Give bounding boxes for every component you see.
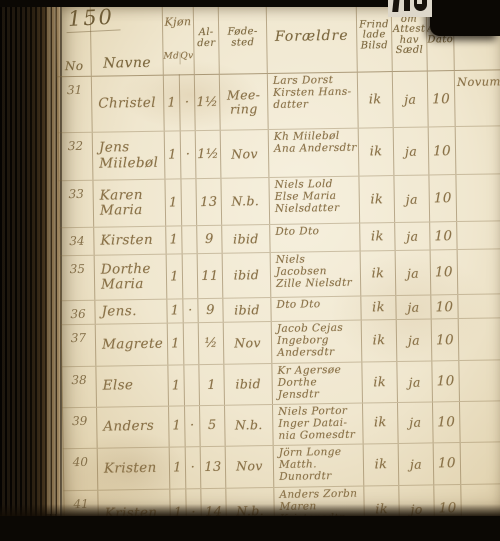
- cell-parents: Jörn Longe Matth. Dunordtr: [273, 444, 364, 487]
- cell-row-number: 35: [60, 255, 95, 301]
- cell-sex-female: ·: [185, 446, 201, 488]
- cell-attest-date: 10: [431, 319, 459, 361]
- cell-row-number: 37: [61, 324, 96, 367]
- cell-birthplace: Mee- ring: [219, 74, 268, 131]
- col-header-sex-female: Qv: [179, 52, 193, 64]
- cell-birthplace: ibid: [223, 298, 271, 323]
- cell-birthplace: N.b.: [221, 178, 270, 226]
- table-row: 40Kristen1·13NovJörn Longe Matth. Dunord…: [63, 441, 500, 490]
- cell-attest-date: 10: [433, 442, 461, 484]
- cell-sex-female: [181, 179, 197, 226]
- cell-had-pox: ik: [359, 176, 395, 224]
- cell-name: Karen Maria: [93, 179, 166, 227]
- table-row: 35Dorthe Maria111ibidNiels Jacobsen Zill…: [60, 249, 500, 301]
- cell-attest-given: ja: [397, 402, 433, 443]
- cell-sex-female: [182, 226, 197, 254]
- cell-birthplace: Nov: [220, 130, 269, 179]
- cell-attest-given: ja: [392, 71, 428, 128]
- cell-had-pox: ik: [360, 223, 395, 252]
- cell-remark: [458, 294, 500, 319]
- cell-row-number: 32: [58, 132, 93, 181]
- cell-name: Kirsten: [94, 226, 166, 255]
- cell-attest-given: ja: [396, 295, 431, 320]
- col-header-had-pox: Frind lade Bilsd: [356, 0, 392, 72]
- cell-remark: Novumber: [454, 70, 500, 127]
- cell-sex-male: 1: [168, 365, 185, 406]
- cell-age: 5: [200, 405, 226, 446]
- cell-row-number: 39: [63, 407, 98, 448]
- cell-parents: Kh Miilebøl Ana Andersdtr: [268, 128, 359, 177]
- cell-had-pox: ik: [361, 320, 397, 363]
- cell-birthplace: Nov: [223, 322, 272, 365]
- cell-remark: [458, 318, 500, 361]
- cell-sex-male: 1: [167, 323, 184, 365]
- cell-age: 13: [200, 446, 226, 488]
- cell-had-pox: ik: [363, 443, 399, 486]
- cell-row-number: 36: [61, 300, 95, 325]
- cell-attest-date: 10: [427, 71, 455, 127]
- cell-age: 9: [197, 225, 222, 253]
- col-header-birthplace: Føde- sted: [218, 2, 267, 75]
- cell-attest-date: 10: [430, 250, 458, 295]
- cell-row-number: 33: [59, 180, 94, 228]
- cell-parents: Dto Dto: [270, 223, 360, 252]
- cell-name: Magrete: [95, 323, 168, 366]
- col-header-sex-label: Kjøn: [163, 14, 193, 28]
- cell-parents: Dto Dto: [271, 296, 361, 321]
- scan-border-top-right: [430, 0, 500, 36]
- cell-sex-male: 1: [164, 131, 181, 179]
- cell-sex-female: ·: [185, 406, 201, 447]
- cell-name: Jens.: [95, 299, 167, 324]
- register-table-area: 150 No Navne Kjøn Md Qv Al- der Føde- st…: [56, 0, 500, 539]
- scan-border-bottom: [0, 516, 500, 541]
- cell-attest-date: 10: [430, 222, 457, 250]
- cell-remark: [457, 221, 500, 250]
- cell-attest-given: ja: [393, 127, 429, 176]
- cell-birthplace: ibid: [222, 225, 270, 254]
- table-row: 37Magrete1½NovJacob Cejas Ingeborg Ander…: [61, 318, 500, 367]
- cell-birthplace: Nov: [225, 445, 274, 488]
- cell-age: 1½: [195, 130, 221, 178]
- cell-age: 13: [196, 178, 222, 225]
- cell-had-pox: ik: [357, 72, 393, 129]
- cell-remark: [455, 126, 500, 175]
- cell-sex-male: 1: [166, 226, 182, 254]
- cell-attest-given: ja: [395, 250, 431, 296]
- table-row: 31Christel1·1½Mee- ringLars Dorst Kirste…: [57, 70, 500, 133]
- cell-sex-female: [184, 365, 200, 406]
- stamp-fragment-icon: [388, 0, 432, 17]
- cell-row-number: 38: [62, 366, 97, 407]
- col-header-parents: Forældre: [266, 0, 357, 73]
- cell-remark: [460, 441, 500, 484]
- cell-attest-given: ja: [397, 361, 433, 402]
- cell-had-pox: ik: [360, 251, 396, 297]
- cell-parents: Lars Dorst Kirsten Hans- datter: [267, 72, 358, 129]
- cell-sex-female: ·: [183, 299, 198, 323]
- cell-remark: [457, 249, 500, 295]
- cell-attest-given: ja: [395, 222, 430, 251]
- cell-parents: Kr Agersøe Dorthe Jensdtr: [272, 362, 363, 404]
- cell-name: Else: [96, 365, 169, 407]
- cell-row-number: 31: [57, 76, 92, 133]
- cell-parents: Niels Portor Inger Datai- nia Gomesdtr: [273, 403, 364, 445]
- register-table: No Navne Kjøn Md Qv Al- der Føde- sted F…: [56, 0, 500, 539]
- table-row: 39Anders1·5N.b.Niels Portor Inger Datai-…: [63, 400, 500, 448]
- cell-sex-male: 1: [169, 447, 186, 489]
- cell-row-number: 34: [60, 227, 94, 256]
- table-row: 38Else11ibidKr Agersøe Dorthe Jensdtrikj…: [62, 360, 500, 408]
- cell-attest-date: 10: [431, 295, 458, 319]
- cell-row-number: 40: [63, 448, 98, 491]
- cell-sex-female: [183, 323, 199, 365]
- cell-attest-given: ja: [398, 443, 434, 486]
- col-header-age: Al- der: [193, 2, 219, 74]
- cell-sex-female: ·: [179, 75, 195, 131]
- cell-birthplace: ibid: [222, 253, 271, 299]
- cell-age: 11: [197, 253, 223, 298]
- scanned-register-page: 150 No Navne Kjøn Md Qv Al- der Føde- st…: [0, 0, 500, 541]
- cell-remark: [459, 400, 500, 442]
- page-number: 150: [65, 4, 120, 33]
- cell-birthplace: N.b.: [225, 404, 274, 446]
- cell-remark: [459, 360, 500, 402]
- cell-sex-male: 1: [169, 406, 186, 447]
- cell-attest-date: 10: [432, 361, 460, 402]
- cell-attest-date: 10: [428, 127, 456, 175]
- cell-remark: [456, 174, 500, 222]
- table-row: 33Karen Maria113N.b.Niels Lold Else Mari…: [59, 174, 500, 228]
- cell-had-pox: ik: [363, 402, 399, 443]
- cell-attest-given: ja: [396, 319, 432, 362]
- cell-sex-male: 1: [165, 179, 182, 226]
- cell-age: 1½: [194, 74, 220, 130]
- cell-age: ½: [198, 322, 224, 364]
- cell-parents: Niels Lold Else Maria Nielsdatter: [269, 176, 360, 224]
- cell-sex-male: 1: [163, 75, 180, 131]
- cell-had-pox: ik: [362, 362, 398, 403]
- cell-name: Dorthe Maria: [94, 254, 167, 300]
- cell-sex-female: [182, 254, 198, 299]
- col-header-sex-male: Md: [163, 52, 179, 64]
- cell-sex-male: 1: [167, 299, 183, 323]
- cell-name: Jens Miilebøl: [92, 131, 165, 180]
- cell-parents: Jacob Cejas Ingeborg Andersdtr: [271, 320, 362, 363]
- cell-sex-male: 1: [166, 254, 183, 299]
- cell-attest-date: 10: [432, 401, 460, 442]
- cell-birthplace: ibid: [224, 364, 273, 406]
- cell-parents: Niels Jacobsen Zille Nielsdtr: [270, 251, 361, 297]
- cell-name: Christel: [91, 75, 164, 132]
- col-header-sex: Kjøn Md Qv: [162, 3, 194, 76]
- cell-name: Anders: [97, 406, 170, 448]
- cell-age: 9: [198, 298, 223, 322]
- cell-attest-date: 10: [429, 175, 457, 222]
- cell-attest-given: ja: [394, 175, 430, 223]
- cell-had-pox: ik: [358, 128, 394, 177]
- cell-sex-female: ·: [180, 131, 196, 179]
- table-row: 32Jens Miilebøl1·1½NovKh Miilebøl Ana An…: [58, 126, 500, 181]
- cell-age: 1: [199, 364, 225, 405]
- cell-had-pox: ik: [361, 296, 396, 321]
- cell-name: Kristen: [97, 447, 170, 490]
